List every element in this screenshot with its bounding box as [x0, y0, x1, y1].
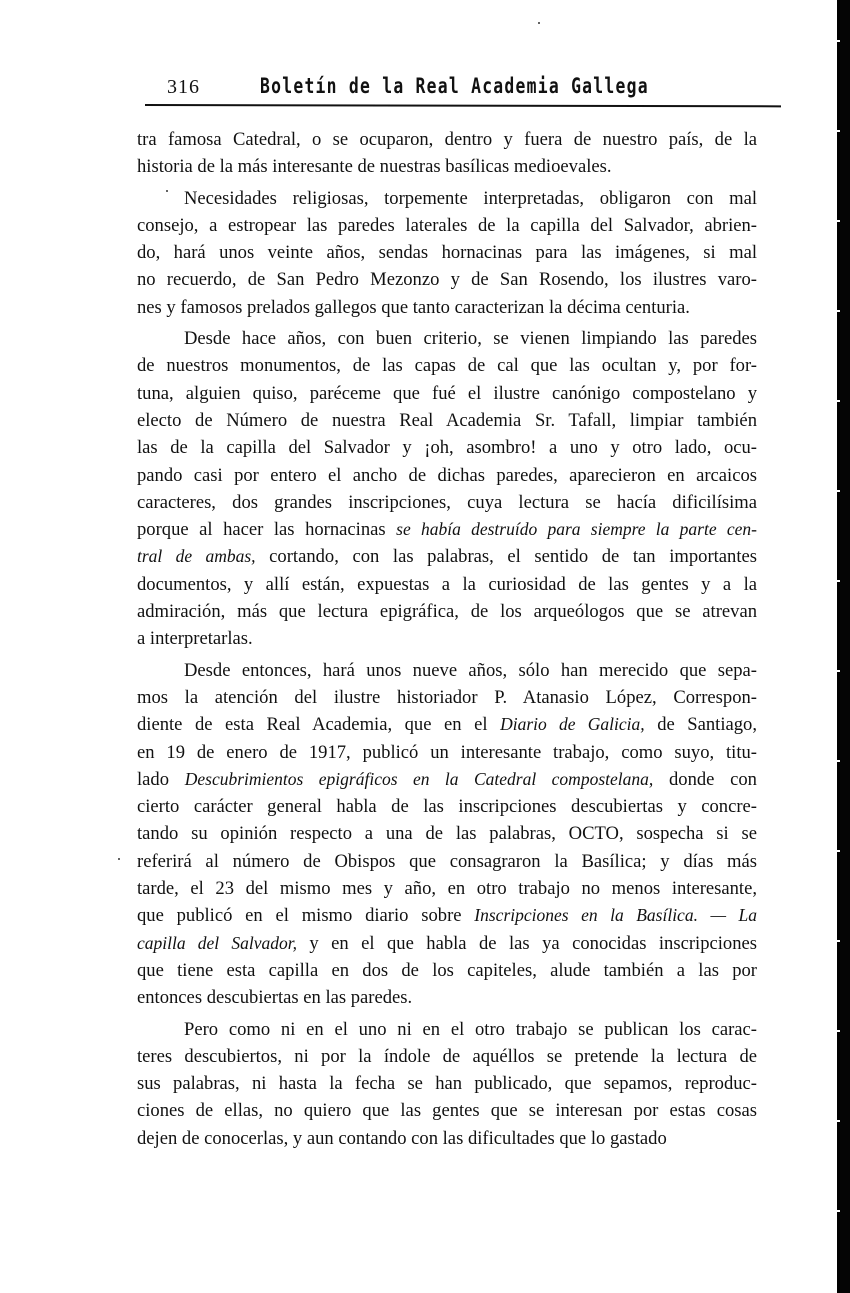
- text-line: lado Descubrimientos epigráficos en la C…: [137, 766, 757, 793]
- page-number: 316: [167, 76, 200, 99]
- text-line: caracteres, dos grandes inscripciones, c…: [137, 489, 757, 516]
- text-line: historia de la más interesante de nuestr…: [137, 153, 757, 180]
- paragraph: Pero como ni en el uno ni en el otro tra…: [137, 1016, 757, 1152]
- text-line: a interpretarlas.: [137, 625, 757, 652]
- paragraph: Necesidades religiosas, torpemente inter…: [137, 185, 757, 321]
- text-line: porque al hacer las hornacinas se había …: [137, 516, 757, 543]
- text-line: tarde, el 23 del mismo mes y año, en otr…: [137, 875, 757, 902]
- text-line: pando casi por entero el ancho de dichas…: [137, 462, 757, 489]
- running-title: Boletín de la Real Academia Gallega: [260, 74, 649, 98]
- text-line: que publicó en el mismo diario sobre Ins…: [137, 902, 757, 929]
- text-line: en 19 de enero de 1917, publicó un inter…: [137, 739, 757, 766]
- paragraph: Desde hace años, con buen criterio, se v…: [137, 325, 757, 653]
- header-rule: [145, 104, 781, 107]
- running-header: 316 Boletín de la Real Academia Gallega: [145, 72, 781, 108]
- text-line: tuna, alguien quiso, paréceme que fué el…: [137, 380, 757, 407]
- stray-mark: [538, 22, 540, 24]
- italic-title: tral de ambas,: [137, 546, 256, 566]
- text-line: dejen de conocerlas, y aun contando con …: [137, 1125, 757, 1152]
- italic-title: Inscripciones en la Basílica. — La: [474, 905, 757, 925]
- italic-title: Descubrimientos epigráficos en la Catedr…: [185, 769, 654, 789]
- italic-title: capilla del Salvador,: [137, 933, 297, 953]
- italic-title: se había destruído para siempre la parte…: [396, 519, 757, 539]
- text-line: que tiene esta capilla en dos de los cap…: [137, 957, 757, 984]
- body-text: tra famosa Catedral, o se ocuparon, dent…: [137, 126, 757, 1152]
- text-line: referirá al número de Obispos que consag…: [137, 848, 757, 875]
- text-line: consejo, a estropear las paredes lateral…: [137, 212, 757, 239]
- text-line: las de la capilla del Salvador y ¡oh, as…: [137, 434, 757, 461]
- text-line: admiración, más que lectura epigráfica, …: [137, 598, 757, 625]
- text-line: Desde hace años, con buen criterio, se v…: [137, 325, 757, 352]
- italic-title: Diario de Galicia,: [500, 714, 645, 734]
- text-line: entonces descubiertas en las paredes.: [137, 984, 757, 1011]
- text-line: de nuestros monumentos, de las capas de …: [137, 352, 757, 379]
- text-line: cierto carácter general habla de las ins…: [137, 793, 757, 820]
- paragraph: Desde entonces, hará unos nueve años, só…: [137, 657, 757, 1012]
- text-line: tral de ambas, cortando, con las palabra…: [137, 543, 757, 570]
- text-line: Necesidades religiosas, torpemente inter…: [137, 185, 757, 212]
- stray-mark: [166, 190, 168, 192]
- text-line: no recuerdo, de San Pedro Mezonzo y de S…: [137, 266, 757, 293]
- text-line: sus palabras, ni hasta la fecha se han p…: [137, 1070, 757, 1097]
- stray-mark: [118, 858, 120, 860]
- text-line: mos la atención del ilustre historiador …: [137, 684, 757, 711]
- text-line: Pero como ni en el uno ni en el otro tra…: [137, 1016, 757, 1043]
- text-line: capilla del Salvador, y en el que habla …: [137, 930, 757, 957]
- text-line: documentos, y allí están, expuestas a la…: [137, 571, 757, 598]
- text-line: tando su opinión respecto a una de las p…: [137, 820, 757, 847]
- text-line: ciones de ellas, no quiero que las gente…: [137, 1097, 757, 1124]
- text-line: electo de Número de nuestra Real Academi…: [137, 407, 757, 434]
- text-line: tra famosa Catedral, o se ocuparon, dent…: [137, 126, 757, 153]
- scanned-page-edge: [839, 0, 850, 1293]
- text-line: Desde entonces, hará unos nueve años, só…: [137, 657, 757, 684]
- paragraph: tra famosa Catedral, o se ocuparon, dent…: [137, 126, 757, 181]
- text-line: do, hará unos veinte años, sendas hornac…: [137, 239, 757, 266]
- text-line: diente de esta Real Academia, que en el …: [137, 711, 757, 738]
- text-line: nes y famosos prelados gallegos que tant…: [137, 294, 757, 321]
- text-line: teres descubiertos, ni por la índole de …: [137, 1043, 757, 1070]
